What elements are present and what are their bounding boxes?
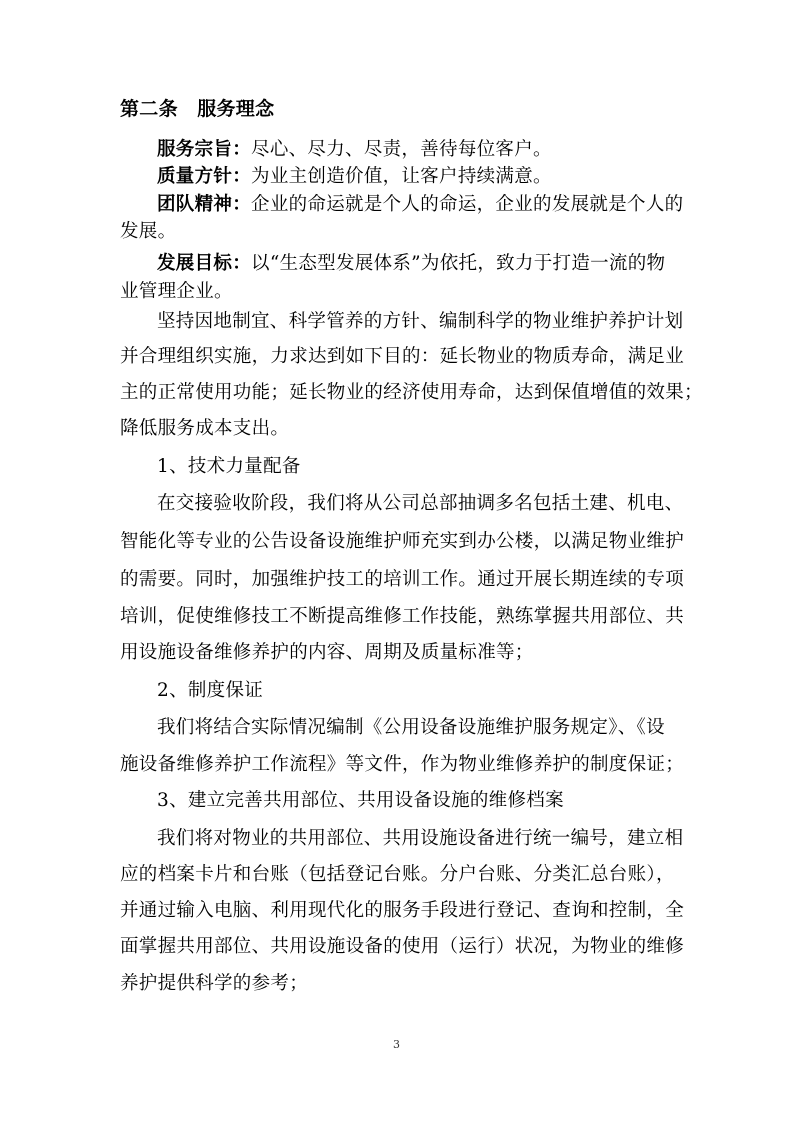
principle-team-spirit: 团队精神：企业的命运就是个人的命运，企业的发展就是个人的 [157,193,680,217]
paragraph-line: 养护提供科学的参考； [120,972,680,996]
principle-label: 发展目标： [157,253,251,274]
principle-continuation: 业管理企业。 [120,280,680,304]
document-page: 第二条 服务理念 服务宗旨：尽心、尽力、尽责，善待每位客户。 质量方针：为业主创… [0,0,793,1122]
principle-service-purpose: 服务宗旨：尽心、尽力、尽责，善待每位客户。 [157,138,680,162]
principle-development-goal: 发展目标：以“生态型发展体系”为依托，致力于打造一流的物 [157,252,680,276]
principle-text: 以“生态型发展体系”为依托，致力于打造一流的物 [251,253,665,274]
paragraph-line: 在交接验收阶段，我们将从公司总部抽调多名包括土建、机电、 [157,492,680,516]
item-heading: 1、技术力量配备 [157,455,680,479]
principle-text: 企业的命运就是个人的命运，企业的发展就是个人的 [251,194,683,215]
principle-text: 为业主创造价值，让客户持续满意。 [251,166,552,187]
paragraph-line: 的需要。同时，加强维护技工的培训工作。通过开展长期连续的专项 [120,568,680,592]
paragraph-line: 我们将结合实际情况编制《公用设备设施维护服务规定》、《设 [157,716,680,740]
paragraph-line: 我们将对物业的共用部位、共用设施设备进行统一编号，建立相 [157,827,680,851]
paragraph-line: 施设备维修养护工作流程》等文件，作为物业维修养护的制度保证； [120,753,680,777]
section-title: 第二条 服务理念 [120,97,680,121]
paragraph-line: 应的档案卡片和台账（包括登记台账。分户台账、分类汇总台账）， [120,863,680,887]
paragraph-line: 智能化等专业的公告设备设施维护师充实到办公楼，以满足物业维护 [120,530,680,554]
paragraph-line: 并合理组织实施，力求达到如下目的：延长物业的物质寿命，满足业 [120,345,680,369]
paragraph-line: 并通过输入电脑、利用现代化的服务手段进行登记、查询和控制，全 [120,899,680,923]
paragraph-line: 主的正常使用功能；延长物业的经济使用寿命，达到保值增值的效果； [120,381,680,405]
principle-text: 尽心、尽力、尽责，善待每位客户。 [251,139,552,160]
principle-label: 服务宗旨： [157,139,251,160]
paragraph-line: 坚持因地制宜、科学管养的方针、编制科学的物业维护养护计划 [157,310,680,334]
principle-label: 质量方针： [157,166,251,187]
paragraph-line: 培训，促使维修技工不断提高维修工作技能，熟练掌握共用部位、共 [120,605,680,629]
item-heading: 3、建立完善共用部位、共用设备设施的维修档案 [157,789,680,813]
principle-continuation: 发展。 [120,220,680,244]
paragraph-line: 用设施设备维修养护的内容、周期及质量标准等； [120,641,680,665]
paragraph-line: 面掌握共用部位、共用设施设备的使用（运行）状况，为物业的维修 [120,935,680,959]
page-number: 3 [0,1038,793,1051]
item-heading: 2、制度保证 [157,679,680,703]
principle-label: 团队精神： [157,194,251,215]
principle-quality-policy: 质量方针：为业主创造价值，让客户持续满意。 [157,165,680,189]
paragraph-line: 降低服务成本支出。 [120,417,680,441]
